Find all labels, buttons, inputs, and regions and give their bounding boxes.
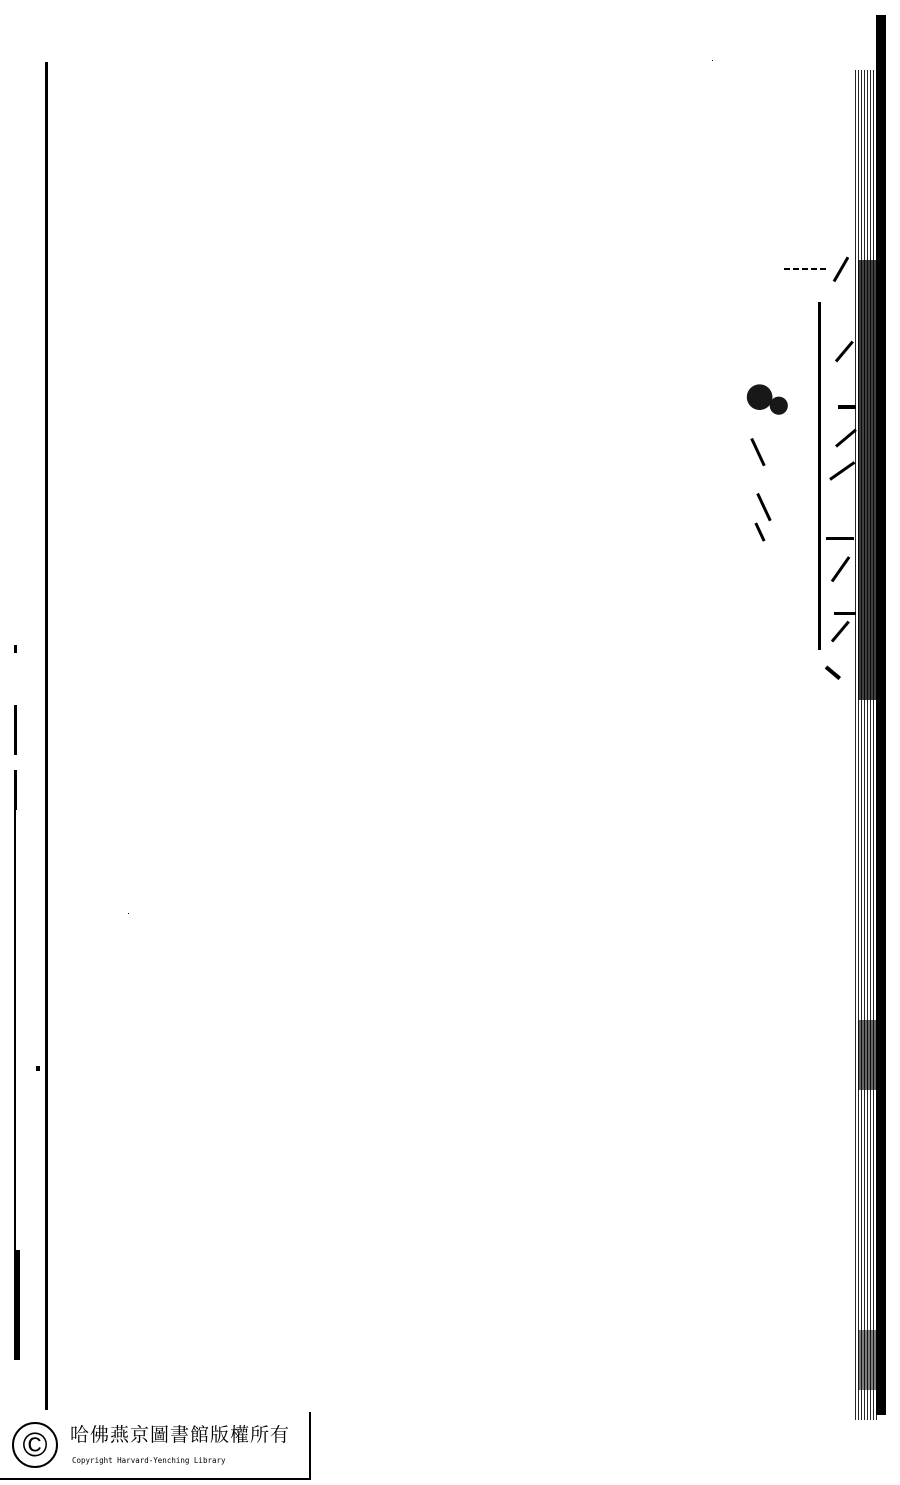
title-glyph-stroke [834,612,856,615]
left-page-edge [14,645,17,653]
left-page-edge [14,1250,20,1360]
left-page-edge [14,705,17,755]
book-spine [876,15,886,1415]
left-border-rule [45,62,48,1410]
book-spine-shadow [858,260,878,700]
copyright-stamp: © 哈佛燕京圖書館版權所有 Copyright Harvard-Yenching… [0,1412,311,1480]
title-glyph-stroke [825,665,841,680]
title-label-frame [818,302,821,650]
copyright-holder-english: Copyright Harvard-Yenching Library [72,1456,226,1465]
seal-mark [734,365,798,435]
book-spine-shadow [858,1020,878,1090]
scanned-page: © 哈佛燕京圖書館版權所有 Copyright Harvard-Yenching… [0,0,900,1485]
copyright-holder-chinese: 哈佛燕京圖書館版權所有 [70,1420,290,1447]
ink-speck [712,60,713,61]
ink-speck [128,913,129,914]
left-page-edge [14,800,16,1250]
title-glyph-stroke [835,429,857,448]
title-glyph-stroke [838,405,856,409]
title-glyph-stroke [831,621,850,643]
title-label-dash [784,268,826,270]
title-glyph-stroke [829,461,855,481]
ink-mark [754,518,774,542]
ink-speck [36,1066,40,1071]
copyright-icon: © [12,1422,58,1468]
title-glyph-stroke [835,341,854,363]
title-glyph-stroke [826,537,854,540]
ink-mark [756,489,780,522]
book-spine-shadow [858,1330,878,1390]
title-glyph-stroke [833,257,850,283]
title-glyph-stroke [831,556,851,582]
ink-mark [750,434,774,467]
